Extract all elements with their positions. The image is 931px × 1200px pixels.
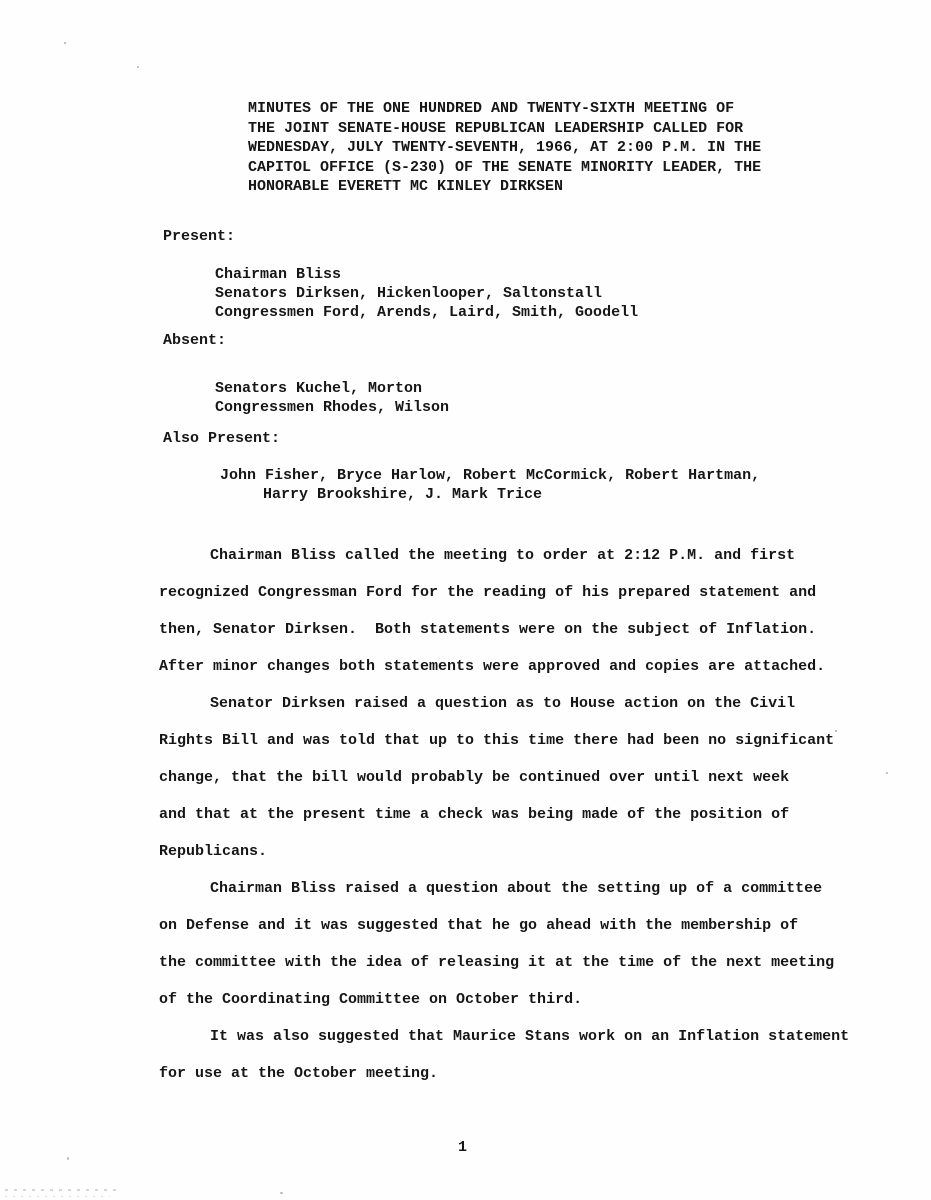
absent-label: Absent: (163, 331, 226, 351)
body-line: Senator Dirksen raised a question as to … (159, 685, 919, 722)
title-line: WEDNESDAY, JULY TWENTY-SEVENTH, 1966, AT… (248, 138, 761, 158)
scan-speck (835, 730, 837, 732)
body-line: on Defense and it was suggested that he … (159, 907, 919, 944)
body-line: Rights Bill and was told that up to this… (159, 722, 919, 759)
present-roster: Chairman Bliss Senators Dirksen, Hickenl… (215, 265, 638, 322)
scan-smudge (5, 1196, 110, 1197)
body-line: Chairman Bliss raised a question about t… (159, 870, 919, 907)
scan-speck (280, 1192, 283, 1194)
body-line: It was also suggested that Maurice Stans… (159, 1018, 919, 1055)
body-line: of the Coordinating Committee on October… (159, 981, 919, 1018)
roster-line: Congressmen Ford, Arends, Laird, Smith, … (215, 303, 638, 322)
absent-roster: Senators Kuchel, Morton Congressmen Rhod… (215, 379, 449, 417)
title-line: MINUTES OF THE ONE HUNDRED AND TWENTY-SI… (248, 99, 761, 119)
body-line: change, that the bill would probably be … (159, 759, 919, 796)
page-number: 1 (458, 1138, 467, 1158)
present-label: Present: (163, 227, 235, 247)
roster-line: Congressmen Rhodes, Wilson (215, 398, 449, 417)
body-line: recognized Congressman Ford for the read… (159, 574, 919, 611)
also-present-label: Also Present: (163, 429, 280, 449)
title-line: HONORABLE EVERETT MC KINLEY DIRKSEN (248, 177, 761, 197)
roster-line: Chairman Bliss (215, 265, 638, 284)
scan-speck (886, 772, 888, 774)
body-line: for use at the October meeting. (159, 1055, 919, 1092)
scan-speck (137, 66, 139, 68)
title-line: CAPITOL OFFICE (S-230) OF THE SENATE MIN… (248, 158, 761, 178)
document-title: MINUTES OF THE ONE HUNDRED AND TWENTY-SI… (248, 99, 761, 197)
roster-line: Senators Dirksen, Hickenlooper, Saltonst… (215, 284, 638, 303)
document-page: MINUTES OF THE ONE HUNDRED AND TWENTY-SI… (0, 0, 931, 1200)
roster-line: Harry Brookshire, J. Mark Trice (220, 485, 760, 504)
body-line: then, Senator Dirksen. Both statements w… (159, 611, 919, 648)
body-line: and that at the present time a check was… (159, 796, 919, 833)
body-line: the committee with the idea of releasing… (159, 944, 919, 981)
roster-line: John Fisher, Bryce Harlow, Robert McCorm… (220, 466, 760, 485)
title-line: THE JOINT SENATE-HOUSE REPUBLICAN LEADER… (248, 119, 761, 139)
body-line: Chairman Bliss called the meeting to ord… (159, 537, 919, 574)
body-line: Republicans. (159, 833, 919, 870)
roster-line: Senators Kuchel, Morton (215, 379, 449, 398)
scan-smudge (5, 1189, 120, 1191)
scan-speck (67, 1157, 69, 1160)
minutes-body: Chairman Bliss called the meeting to ord… (159, 537, 919, 1092)
scan-speck (64, 42, 66, 44)
body-line: After minor changes both statements were… (159, 648, 919, 685)
also-present-roster: John Fisher, Bryce Harlow, Robert McCorm… (220, 466, 760, 504)
